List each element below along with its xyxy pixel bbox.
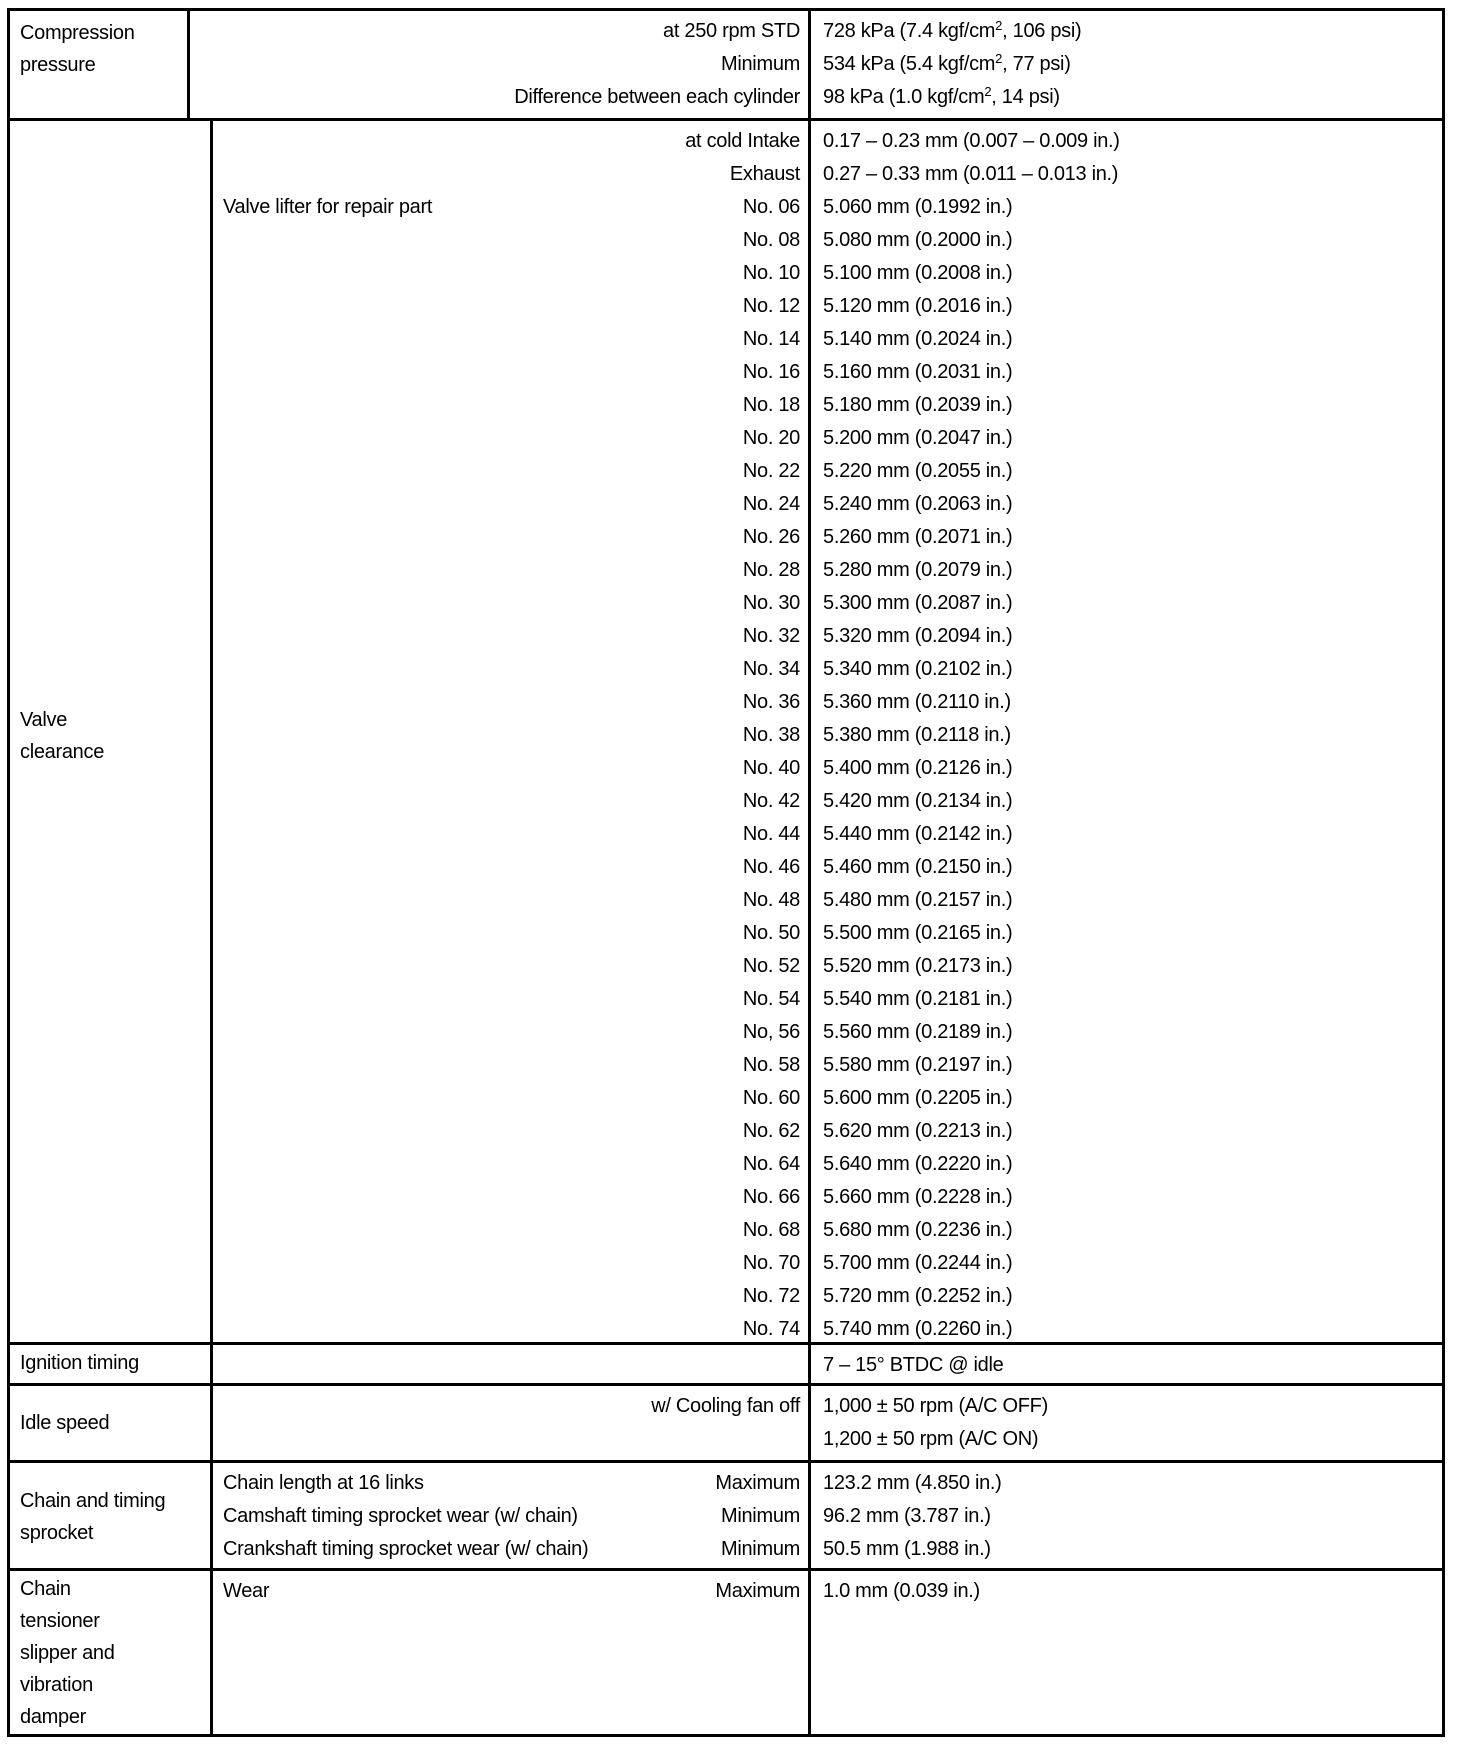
spec-value: 5.080 mm (0.2000 in.) [823,224,1012,257]
spec-value: 5.460 mm (0.2150 in.) [823,851,1012,884]
limit-text: Minimum [721,1533,800,1566]
lifter-value-row: 5.380 mm (0.2118 in.) [823,719,1434,752]
lifter-value-row: 5.200 mm (0.2047 in.) [823,422,1434,455]
spec-value: 5.060 mm (0.1992 in.) [823,191,1012,224]
lifter-value-row: 5.540 mm (0.2181 in.) [823,983,1434,1016]
lifter-value-row: 5.320 mm (0.2094 in.) [823,620,1434,653]
lifter-row: No. 54 [223,983,800,1016]
lifter-row: No. 34 [223,653,800,686]
item-text: Chain length at 16 links [223,1467,424,1500]
lifter-row: No. 20 [223,422,800,455]
spec-value: 7 – 15° BTDC @ idle [823,1349,1003,1382]
lifter-value-row: 5.360 mm (0.2110 in.) [823,686,1434,719]
compression-label: Compression pressure [20,22,135,76]
lifter-number: No. 36 [743,686,800,719]
section-chain-sprocket: Chain and timing sprocket Chain length a… [10,1460,1442,1568]
section-ignition-timing: Ignition timing 7 – 15° BTDC @ idle [10,1342,1442,1383]
lifter-row: No. 44 [223,818,800,851]
lifter-number: No. 20 [743,422,800,455]
condition-cell [213,1345,811,1386]
lifter-value-row: 5.420 mm (0.2134 in.) [823,785,1434,818]
spec-value: 5.400 mm (0.2126 in.) [823,752,1012,785]
spec-value: 5.700 mm (0.2244 in.) [823,1247,1012,1280]
lifter-number: No. 70 [743,1247,800,1280]
lifter-value-row: 5.300 mm (0.2087 in.) [823,587,1434,620]
lifter-value-row: 5.600 mm (0.2205 in.) [823,1082,1434,1115]
spec-value: 96.2 mm (3.787 in.) [823,1500,991,1533]
spec-value: 5.220 mm (0.2055 in.) [823,455,1012,488]
spec-value: 5.380 mm (0.2118 in.) [823,719,1011,752]
lifter-number: No. 14 [743,323,800,356]
lifter-row: No. 42 [223,785,800,818]
lifter-value-row: 5.220 mm (0.2055 in.) [823,455,1434,488]
lifter-number: No. 68 [743,1214,800,1247]
spec-value: 5.440 mm (0.2142 in.) [823,818,1012,851]
spec-value: 728 kPa (7.4 kgf/cm2, 106 psi) [823,15,1081,48]
lifter-number: No. 54 [743,983,800,1016]
lifter-number: No. 22 [743,455,800,488]
value-cell: 7 – 15° BTDC @ idle [811,1345,1442,1386]
lifter-value-row: 5.120 mm (0.2016 in.) [823,290,1434,323]
lifter-row: No. 72 [223,1280,800,1313]
tensioner-label-line: tensioner [20,1605,210,1637]
lifter-number: No. 06 [743,191,800,224]
lifter-number: No. 28 [743,554,800,587]
spec-value: 1,000 ± 50 rpm (A/C OFF) [823,1390,1048,1423]
lifter-value-row: 5.080 mm (0.2000 in.) [823,224,1434,257]
spec-value: 5.520 mm (0.2173 in.) [823,950,1012,983]
lifter-number: No. 08 [743,224,800,257]
section-idle-speed: Idle speed w/ Cooling fan off 1,000 ± 50… [10,1383,1442,1460]
lifter-value-row: 5.560 mm (0.2189 in.) [823,1016,1434,1049]
spec-value: 5.180 mm (0.2039 in.) [823,389,1012,422]
tensioner-label-line: vibration [20,1669,210,1701]
section-label: Chain tensioner slipper and vibration da… [10,1571,213,1734]
lifter-number: No. 66 [743,1181,800,1214]
lifter-row: No. 14 [223,323,800,356]
lifter-number: No, 56 [743,1016,800,1049]
value-cell: 123.2 mm (4.850 in.) 96.2 mm (3.787 in.)… [811,1463,1442,1570]
value-cell: 1.0 mm (0.039 in.) [811,1571,1442,1734]
lifter-value-row: 5.520 mm (0.2173 in.) [823,950,1434,983]
spec-value: 1,200 ± 50 rpm (A/C ON) [823,1423,1038,1456]
lifter-number: No. 12 [743,290,800,323]
lifter-number: No. 10 [743,257,800,290]
spec-value: 5.300 mm (0.2087 in.) [823,587,1012,620]
section-label: Chain and timing sprocket [10,1463,213,1570]
lifter-row: No. 26 [223,521,800,554]
lifter-row: No. 68 [223,1214,800,1247]
spec-value: 98 kPa (1.0 kgf/cm2, 14 psi) [823,81,1060,114]
lifter-number: No. 72 [743,1280,800,1313]
lifter-row: No. 18 [223,389,800,422]
spec-value: 5.500 mm (0.2165 in.) [823,917,1012,950]
lifter-row: No. 10 [223,257,800,290]
idle-speed-label: Idle speed [20,1407,109,1439]
section-label: Ignition timing [10,1345,213,1386]
lifter-value-row: 5.660 mm (0.2228 in.) [823,1181,1434,1214]
lifter-number: No. 62 [743,1115,800,1148]
item-text: Crankshaft timing sprocket wear (w/ chai… [223,1533,588,1566]
chain-sprocket-label: Chain and timing sprocket [20,1485,180,1549]
limit-text: Maximum [715,1467,800,1500]
lifter-value-row: 5.480 mm (0.2157 in.) [823,884,1434,917]
spec-value: 5.640 mm (0.2220 in.) [823,1148,1012,1181]
section-label: Idle speed [10,1386,213,1460]
spec-value: 50.5 mm (1.988 in.) [823,1533,991,1566]
spec-value: 5.100 mm (0.2008 in.) [823,257,1012,290]
lifter-value-row: 5.240 mm (0.2063 in.) [823,488,1434,521]
lifter-number: No. 60 [743,1082,800,1115]
spec-value: 5.260 mm (0.2071 in.) [823,521,1012,554]
lifter-row: No. 30 [223,587,800,620]
spec-value: 5.340 mm (0.2102 in.) [823,653,1012,686]
lifter-value-row: 5.440 mm (0.2142 in.) [823,818,1434,851]
lifter-row: Valve lifter for repair partNo. 06 [223,191,800,224]
lifter-value-row: 5.680 mm (0.2236 in.) [823,1214,1434,1247]
spec-value: 534 kPa (5.4 kgf/cm2, 77 psi) [823,48,1071,81]
spec-value: 5.680 mm (0.2236 in.) [823,1214,1012,1247]
section-compression-pressure: Compression pressure at 250 rpm STD Mini… [10,11,1442,118]
lifter-value-row: 5.720 mm (0.2252 in.) [823,1280,1434,1313]
lifter-row: No. 28 [223,554,800,587]
item-text: Camshaft timing sprocket wear (w/ chain) [223,1500,578,1533]
spec-value: 0.17 – 0.23 mm (0.007 – 0.009 in.) [823,125,1120,158]
section-valve-clearance: Valve clearance at cold Intake Exhaust V… [10,118,1442,1342]
lifter-number: No. 52 [743,950,800,983]
lifter-value-row: 5.260 mm (0.2071 in.) [823,521,1434,554]
spec-value: 5.120 mm (0.2016 in.) [823,290,1012,323]
lifter-value-row: 5.160 mm (0.2031 in.) [823,356,1434,389]
spec-value: 5.280 mm (0.2079 in.) [823,554,1012,587]
lifter-number: No. 16 [743,356,800,389]
lifter-value-row: 5.100 mm (0.2008 in.) [823,257,1434,290]
lifter-row: No. 16 [223,356,800,389]
lifter-number: No. 74 [743,1313,800,1346]
condition-cell: w/ Cooling fan off [213,1386,811,1460]
lifter-value-row: 5.060 mm (0.1992 in.) [823,191,1434,224]
tensioner-label-line: slipper and [20,1637,210,1669]
condition-cell: Chain length at 16 linksMaximum Camshaft… [213,1463,811,1570]
lifter-row: No. 38 [223,719,800,752]
spec-value: 5.660 mm (0.2228 in.) [823,1181,1012,1214]
lifter-row: No. 24 [223,488,800,521]
lifter-label: Valve lifter for repair part [223,191,432,224]
section-label: Compression pressure [10,11,190,118]
valve-clearance-label: Valve clearance [20,704,140,768]
spec-value: 5.140 mm (0.2024 in.) [823,323,1012,356]
spec-value: 5.600 mm (0.2205 in.) [823,1082,1012,1115]
spec-value: 5.320 mm (0.2094 in.) [823,620,1012,653]
lifter-number: No. 18 [743,389,800,422]
lifter-row: No. 22 [223,455,800,488]
condition-text: at cold Intake [685,125,800,158]
lifter-row: No. 64 [223,1148,800,1181]
condition-text: w/ Cooling fan off [651,1390,800,1423]
lifter-row: No. 50 [223,917,800,950]
spec-value: 5.580 mm (0.2197 in.) [823,1049,1012,1082]
ignition-label: Ignition timing [20,1352,139,1374]
spec-value: 5.160 mm (0.2031 in.) [823,356,1012,389]
lifter-row: No. 58 [223,1049,800,1082]
lifter-number: No. 46 [743,851,800,884]
condition-text: at 250 rpm STD [663,15,800,48]
lifter-row: No. 32 [223,620,800,653]
lifter-number: No. 48 [743,884,800,917]
lifter-value-row: 5.740 mm (0.2260 in.) [823,1313,1434,1346]
spec-value: 123.2 mm (4.850 in.) [823,1467,1002,1500]
spec-value: 5.360 mm (0.2110 in.) [823,686,1011,719]
limit-text: Minimum [721,1500,800,1533]
lifter-row: No. 12 [223,290,800,323]
lifter-number: No. 64 [743,1148,800,1181]
lifter-row: No, 56 [223,1016,800,1049]
spec-value: 5.560 mm (0.2189 in.) [823,1016,1012,1049]
lifter-number: No. 40 [743,752,800,785]
lifter-value-row: 5.500 mm (0.2165 in.) [823,917,1434,950]
lifter-row: No. 62 [223,1115,800,1148]
condition-cell: at 250 rpm STD Minimum Difference betwee… [213,11,811,118]
lifter-row: No. 70 [223,1247,800,1280]
lifter-row: No. 36 [223,686,800,719]
specification-table: Compression pressure at 250 rpm STD Mini… [7,8,1445,1737]
lifter-row: No. 48 [223,884,800,917]
spec-value: 0.27 – 0.33 mm (0.011 – 0.013 in.) [823,158,1118,191]
tensioner-label-line: damper [20,1701,210,1733]
spec-value: 5.200 mm (0.2047 in.) [823,422,1012,455]
lifter-value-row: 5.620 mm (0.2213 in.) [823,1115,1434,1148]
spec-value: 5.620 mm (0.2213 in.) [823,1115,1012,1148]
lifter-number: No. 38 [743,719,800,752]
lifter-value-row: 5.580 mm (0.2197 in.) [823,1049,1434,1082]
value-cell: 728 kPa (7.4 kgf/cm2, 106 psi) 534 kPa (… [811,11,1442,118]
lifter-number: No. 32 [743,620,800,653]
lifter-row: No. 46 [223,851,800,884]
lifter-row: No. 60 [223,1082,800,1115]
lifter-row: No. 74 [223,1313,800,1346]
lifter-value-row: 5.180 mm (0.2039 in.) [823,389,1434,422]
lifter-value-row: 5.400 mm (0.2126 in.) [823,752,1434,785]
lifter-number: No. 42 [743,785,800,818]
section-chain-tensioner: Chain tensioner slipper and vibration da… [10,1568,1442,1734]
value-cell: 0.17 – 0.23 mm (0.007 – 0.009 in.) 0.27 … [811,121,1442,1350]
lifter-row: No. 08 [223,224,800,257]
lifter-number: No. 26 [743,521,800,554]
lifter-number: No. 58 [743,1049,800,1082]
value-cell: 1,000 ± 50 rpm (A/C OFF) 1,200 ± 50 rpm … [811,1386,1442,1460]
item-text: Wear [223,1575,269,1608]
condition-text: Difference between each cylinder [514,81,800,114]
spec-value: 5.720 mm (0.2252 in.) [823,1280,1012,1313]
lifter-number: No. 30 [743,587,800,620]
condition-text: Minimum [721,48,800,81]
lifter-value-row: 5.460 mm (0.2150 in.) [823,851,1434,884]
lifter-value-row: 5.280 mm (0.2079 in.) [823,554,1434,587]
lifter-number: No. 34 [743,653,800,686]
spec-value: 5.540 mm (0.2181 in.) [823,983,1012,1016]
condition-cell: WearMaximum [213,1571,811,1734]
lifter-number: No. 24 [743,488,800,521]
spec-value: 5.420 mm (0.2134 in.) [823,785,1012,818]
lifter-row: No. 66 [223,1181,800,1214]
condition-cell: at cold Intake Exhaust Valve lifter for … [213,121,811,1350]
spec-value: 5.740 mm (0.2260 in.) [823,1313,1012,1346]
lifter-row: No. 52 [223,950,800,983]
lifter-number: No. 44 [743,818,800,851]
limit-text: Maximum [715,1575,800,1608]
lifter-value-row: 5.140 mm (0.2024 in.) [823,323,1434,356]
lifter-row: No. 40 [223,752,800,785]
section-label: Valve clearance [10,121,213,1350]
tensioner-label-line: Chain [20,1573,210,1605]
spec-value: 5.240 mm (0.2063 in.) [823,488,1012,521]
lifter-value-row: 5.340 mm (0.2102 in.) [823,653,1434,686]
lifter-number: No. 50 [743,917,800,950]
lifter-value-row: 5.640 mm (0.2220 in.) [823,1148,1434,1181]
spec-value: 5.480 mm (0.2157 in.) [823,884,1012,917]
spec-value: 1.0 mm (0.039 in.) [823,1575,980,1608]
lifter-value-row: 5.700 mm (0.2244 in.) [823,1247,1434,1280]
condition-text: Exhaust [730,158,800,191]
